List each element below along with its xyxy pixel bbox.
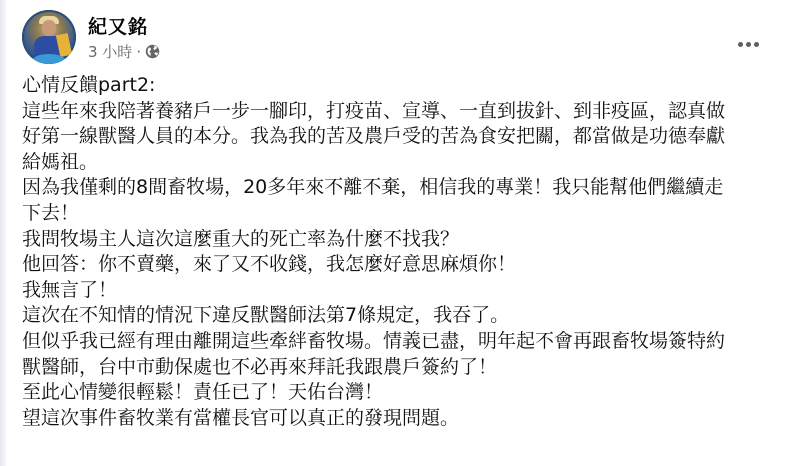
post-text-line: 望這次事件畜牧業有當權長官可以真正的發現問題。 — [22, 406, 782, 432]
post-text-line: 這些年來我陪著養豬戶一步一腳印，打疫苗、宣導、一直到拔針、到非疫區，認真做 — [22, 99, 782, 125]
author-name[interactable]: 紀又銘 — [88, 12, 148, 39]
post-text-line: 這次在不知情的情況下違反獸醫師法第7條規定，我吞了。 — [22, 303, 782, 329]
post-text-line: 我無言了！ — [22, 278, 782, 304]
post-text-line: 我問牧場主人這次這麼重大的死亡率為什麼不找我？ — [22, 227, 782, 253]
post-text-line: 下去！ — [22, 201, 782, 227]
more-dot-icon — [754, 42, 759, 47]
post-header: 紀又銘 3 小時 · — [22, 10, 782, 66]
post-text-line: 心情反饋part2: — [22, 73, 782, 99]
facebook-post: 紀又銘 3 小時 · 心情反饋part2: 這些年來我陪著養豬戶一步一腳印，打疫… — [0, 0, 800, 466]
more-options-button[interactable] — [732, 34, 764, 54]
post-text-line: 給媽祖。 — [22, 150, 782, 176]
post-text-line: 因為我僅剩的8間畜牧場，20多年來不離不棄，相信我的專業！我只能幫他們繼續走 — [22, 175, 782, 201]
post-body: 心情反饋part2: 這些年來我陪著養豬戶一步一腳印，打疫苗、宣導、一直到拔針、… — [22, 73, 782, 431]
meta-separator: · — [136, 43, 141, 61]
avatar[interactable] — [22, 10, 76, 64]
more-dot-icon — [746, 42, 751, 47]
post-text-line: 好第一線獸醫人員的本分。我為我的苦及農戶受的苦為食安把關，都當做是功德奉獻 — [22, 124, 782, 150]
post-text-line: 至此心情變很輕鬆！責任已了！天佑台灣！ — [22, 380, 782, 406]
post-text-line: 他回答：你不賣藥，來了又不收錢，我怎麼好意思麻煩你！ — [22, 252, 782, 278]
post-text-line: 但似乎我已經有理由離開這些牽絆畜牧場。情義已盡，明年起不會再跟畜牧場簽特約 — [22, 329, 782, 355]
globe-icon[interactable] — [145, 44, 160, 59]
more-dot-icon — [738, 42, 743, 47]
post-text-line: 獸醫師，台中市動保處也不必再來拜託我跟農戶簽約了！ — [22, 355, 782, 381]
avatar-bottom — [32, 54, 66, 64]
post-meta: 3 小時 · — [88, 41, 160, 62]
post-timestamp[interactable]: 3 小時 — [88, 41, 132, 62]
avatar-face — [42, 20, 56, 36]
